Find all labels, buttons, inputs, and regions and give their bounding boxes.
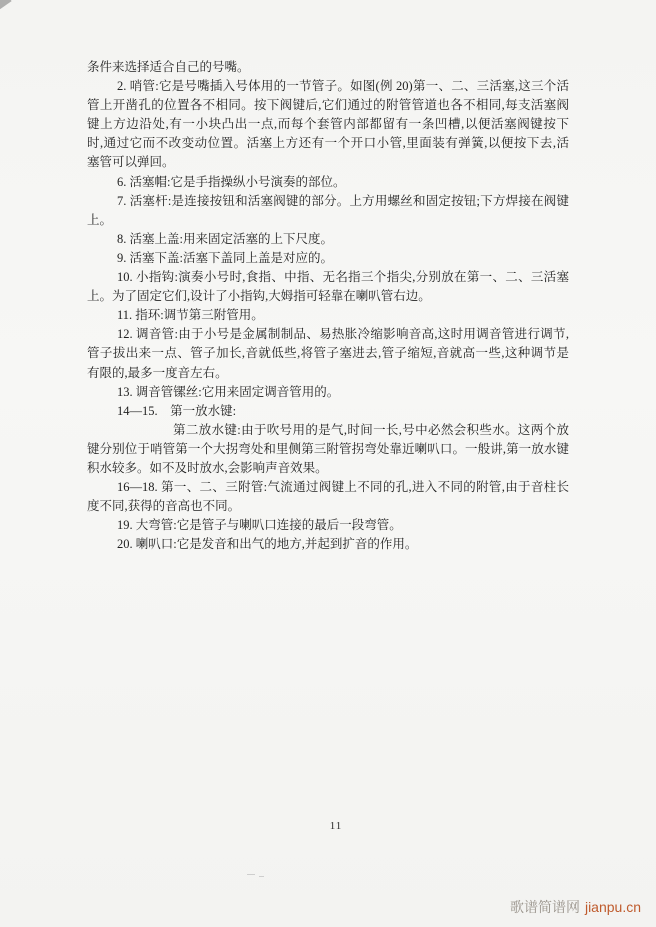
text-block: 条件来选择适合自己的号嘴。2. 哨管:它是号嘴插入号体用的一节管子。如图(例 2… xyxy=(87,58,569,554)
text-line: 条件来选择适合自己的号嘴。 xyxy=(87,58,569,77)
text-line: 上。为了固定它们,设计了小指钩,大姆指可轻靠在喇叭管右边。 xyxy=(87,287,569,306)
text-line: 9. 活塞下盖:活塞下盖同上盖是对应的。 xyxy=(87,249,569,268)
text-line: 2. 哨管:它是号嘴插入号体用的一节管子。如图(例 20)第一、二、三活塞,这三… xyxy=(87,77,569,96)
text-line: 16—18. 第一、二、三附管:气流通过阀键上不同的孔,进入不同的附管,由于音柱… xyxy=(87,478,569,497)
text-line: 10. 小指钩:演奏小号时,食指、中指、无名指三个指尖,分别放在第一、二、三活塞… xyxy=(87,268,569,287)
text-line: 塞管可以弹回。 xyxy=(87,153,569,172)
text-line: 键分别位于哨管第一个大拐弯处和里侧第三附管拐弯处靠近喇叭口。一般讲,第一放水键 xyxy=(87,440,569,459)
watermark-site-url: jianpu.cn xyxy=(585,899,641,915)
text-line: 12. 调音管:由于小号是金属制制品、易热胀冷缩影响音高,这时用调音管进行调节, xyxy=(87,325,569,344)
text-line: 14—15. 第一放水键: xyxy=(87,402,569,421)
scan-corner-artifact xyxy=(0,0,12,9)
watermark-site-name: 歌谱简谱网 xyxy=(510,899,580,915)
watermark: 歌谱简谱网jianpu.cn xyxy=(510,897,641,917)
text-line: 6. 活塞帽:它是手指操纵小号演奏的部位。 xyxy=(87,173,569,192)
text-line: 20. 喇叭口:它是发音和出气的地方,并起到扩音的作用。 xyxy=(87,535,569,554)
scan-speckle xyxy=(259,876,264,877)
text-line: 度不同,获得的音高也不同。 xyxy=(87,497,569,516)
text-line: 时,通过它而不改变动位置。活塞上方还有一个开口小管,里面装有弹簧,以便按下去,活 xyxy=(87,134,569,153)
text-line: 19. 大弯管:它是管子与喇叭口连接的最后一段弯管。 xyxy=(87,516,569,535)
text-line: 有限的,最多一度音左右。 xyxy=(87,364,569,383)
text-line: 管上开凿孔的位置各不相同。按下阀键后,它们通过的附管管道也各不相同,每支活塞阀 xyxy=(87,96,569,115)
text-line: 积水较多。如不及时放水,会影响声音效果。 xyxy=(87,459,569,478)
text-line: 上。 xyxy=(87,211,569,230)
scanned-book-page: 条件来选择适合自己的号嘴。2. 哨管:它是号嘴插入号体用的一节管子。如图(例 2… xyxy=(0,0,656,927)
text-line: 键上方边沿处,有一小块凸出一点,而每个套管内部都留有一条凹槽,以便活塞阀键按下 xyxy=(87,115,569,134)
page-number: 11 xyxy=(0,820,656,832)
text-line: 第二放水键:由于吹号用的是气,时间一长,号中必然会积些水。这两个放水 xyxy=(87,421,569,440)
text-line: 8. 活塞上盖:用来固定活塞的上下尺度。 xyxy=(87,230,569,249)
text-line: 管子拔出来一点、管子加长,音就低些,将管子塞进去,管子缩短,音就高一些,这种调节… xyxy=(87,344,569,363)
text-line: 7. 活塞杆:是连接按钮和活塞阀键的部分。上方用螺丝和固定按钮;下方焊接在阀键 xyxy=(87,192,569,211)
scan-speckle xyxy=(247,874,255,875)
text-line: 13. 调音管镙丝:它用来固定调音管用的。 xyxy=(87,383,569,402)
text-line: 11. 指环:调节第三附管用。 xyxy=(87,306,569,325)
